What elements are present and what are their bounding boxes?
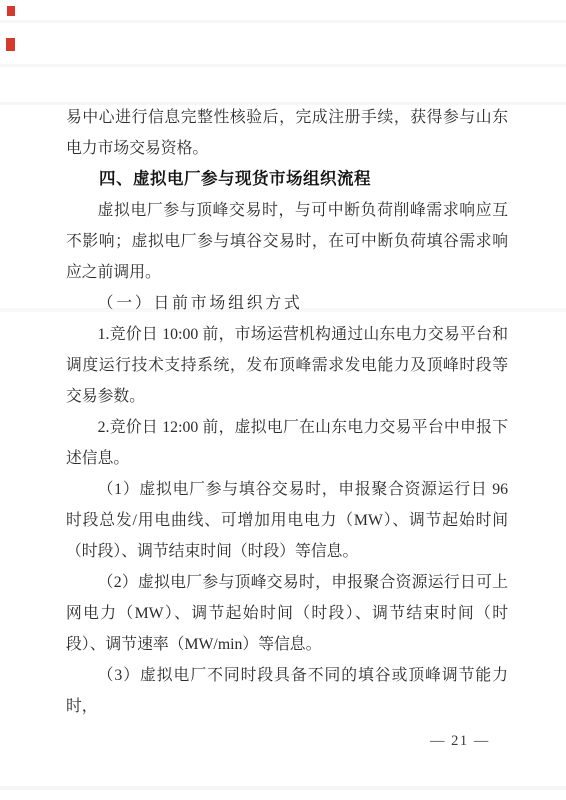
subsection-heading: （一）日前市场组织方式 xyxy=(66,288,508,319)
document-body: 易中心进行信息完整性核验后，完成注册手续，获得参与山东电力市场交易资格。 四、虚… xyxy=(66,102,508,722)
page-number: — 21 — xyxy=(430,733,510,750)
red-mark xyxy=(6,38,15,51)
document-page: 易中心进行信息完整性核验后，完成注册手续，获得参与山东电力市场交易资格。 四、虚… xyxy=(0,0,566,800)
paragraph: （1）虚拟电厂参与填谷交易时，申报聚合资源运行日 96 时段总发/用电曲线、可增… xyxy=(66,474,508,567)
section-heading: 四、虚拟电厂参与现货市场组织流程 xyxy=(66,164,508,195)
red-mark xyxy=(7,6,15,16)
scan-artifact-band xyxy=(0,786,566,790)
paragraph-continued: 易中心进行信息完整性核验后，完成注册手续，获得参与山东电力市场交易资格。 xyxy=(66,102,508,164)
paragraph: 2.竞价日 12:00 前，虚拟电厂在山东电力交易平台中申报下述信息。 xyxy=(66,412,508,474)
scan-artifact-band xyxy=(0,64,566,67)
paragraph: （2）虚拟电厂参与顶峰交易时，申报聚合资源运行日可上网电力（MW）、调节起始时间… xyxy=(66,567,508,660)
paragraph: 虚拟电厂参与顶峰交易时，与可中断负荷削峰需求响应互不影响；虚拟电厂参与填谷交易时… xyxy=(66,195,508,288)
paragraph: （3）虚拟电厂不同时段具备不同的填谷或顶峰调节能力时， xyxy=(66,660,508,722)
scan-artifact-band xyxy=(0,20,566,23)
paragraph: 1.竞价日 10:00 前，市场运营机构通过山东电力交易平台和调度运行技术支持系… xyxy=(66,319,508,412)
